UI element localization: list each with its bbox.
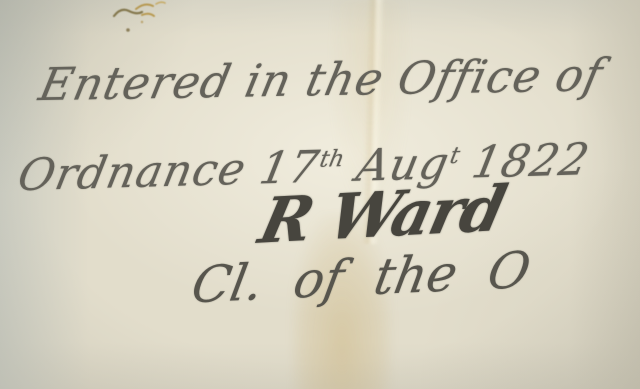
handwriting-line-clerk-of-ordnance: Cl. of the O <box>187 241 535 315</box>
ink-blot-icon <box>104 0 176 42</box>
document-photo: Entered in the Office of Ordnance 17th A… <box>0 0 640 389</box>
handwriting-line-entered-office: Entered in the Office of <box>35 48 608 111</box>
